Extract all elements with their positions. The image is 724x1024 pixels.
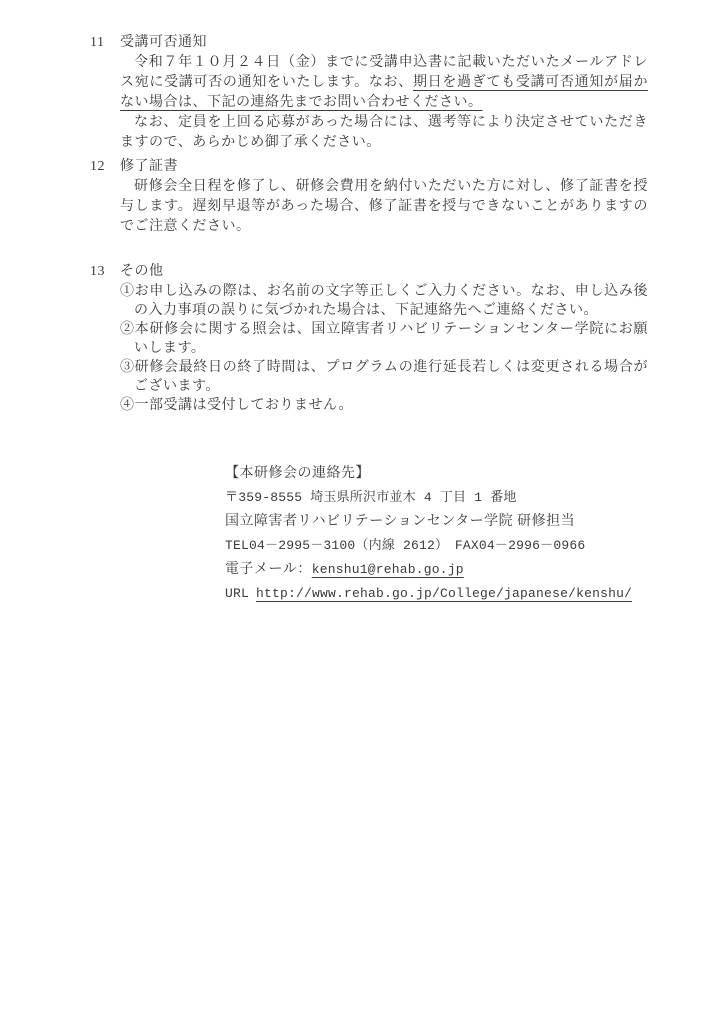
list-item: ①お申し込みの際は、お名前の文字等正しくご入力ください。なお、申し込み後の入力事…: [120, 282, 648, 320]
section-number: 11: [90, 33, 120, 53]
list-item: ④一部受講は受付しておりません。: [120, 396, 648, 415]
section-11: 11 受講可否通知 令和７年１０月２４日（金）までに受講申込書に記載いただいたメ…: [90, 33, 648, 153]
url-link[interactable]: http://www.rehab.go.jp/College/japanese/…: [256, 586, 632, 601]
section-11-heading-row: 11 受講可否通知: [90, 33, 648, 53]
contact-block: 【本研修会の連絡先】 〒359-8555 埼玉県所沢市並木 4 丁目 1 番地 …: [225, 462, 648, 606]
contact-organization: 国立障害者リハビリテーションセンター学院 研修担当: [225, 510, 648, 534]
contact-email-row: 電子メール：kenshu1@rehab.go.jp: [225, 558, 648, 582]
section-number: 13: [90, 262, 120, 282]
section-13-heading-row: 13 その他: [90, 262, 648, 282]
section-13: 13 その他 ①お申し込みの際は、お名前の文字等正しくご入力ください。なお、申し…: [90, 262, 648, 415]
email-link[interactable]: kenshu1@rehab.go.jp: [312, 562, 464, 577]
section-12-heading-row: 12 修了証書: [90, 157, 648, 177]
list-item: ②本研修会に関する照会は、国立障害者リハビリテーションセンター学院にお願いします…: [120, 320, 648, 358]
section-12: 12 修了証書 研修会全日程を修了し、研修会費用を納付いただいた方に対し、修了証…: [90, 157, 648, 237]
paragraph: 令和７年１０月２４日（金）までに受講申込書に記載いただいたメールアドレス宛に受講…: [120, 53, 648, 113]
contact-address: 〒359-8555 埼玉県所沢市並木 4 丁目 1 番地: [225, 486, 648, 510]
contact-url-row: URLhttp://www.rehab.go.jp/College/japane…: [225, 582, 648, 606]
section-heading: 受講可否通知: [120, 33, 207, 53]
list-item: ③研修会最終日の終了時間は、プログラムの進行延長若しくは変更される場合がございま…: [120, 358, 648, 396]
section-heading: 修了証書: [120, 157, 178, 177]
section-heading: その他: [120, 262, 164, 282]
paragraph: 研修会全日程を修了し、研修会費用を納付いただいた方に対し、修了証書を授与します。…: [120, 177, 648, 237]
document-page: 11 受講可否通知 令和７年１０月２４日（金）までに受講申込書に記載いただいたメ…: [0, 0, 724, 1024]
section-13-body: ①お申し込みの際は、お名前の文字等正しくご入力ください。なお、申し込み後の入力事…: [120, 282, 648, 415]
section-number: 12: [90, 157, 120, 177]
email-label: 電子メール：: [225, 562, 312, 577]
contact-title: 【本研修会の連絡先】: [225, 462, 648, 486]
url-label: URL: [225, 586, 249, 601]
paragraph: なお、定員を上回る応募があった場合には、選考等により決定させていただきますので、…: [120, 113, 648, 153]
section-11-body: 令和７年１０月２４日（金）までに受講申込書に記載いただいたメールアドレス宛に受講…: [120, 53, 648, 153]
contact-tel-fax: TEL04－2995－3100（内線 2612） FAX04－2996－0966: [225, 534, 648, 558]
section-12-body: 研修会全日程を修了し、研修会費用を納付いただいた方に対し、修了証書を授与します。…: [120, 177, 648, 237]
